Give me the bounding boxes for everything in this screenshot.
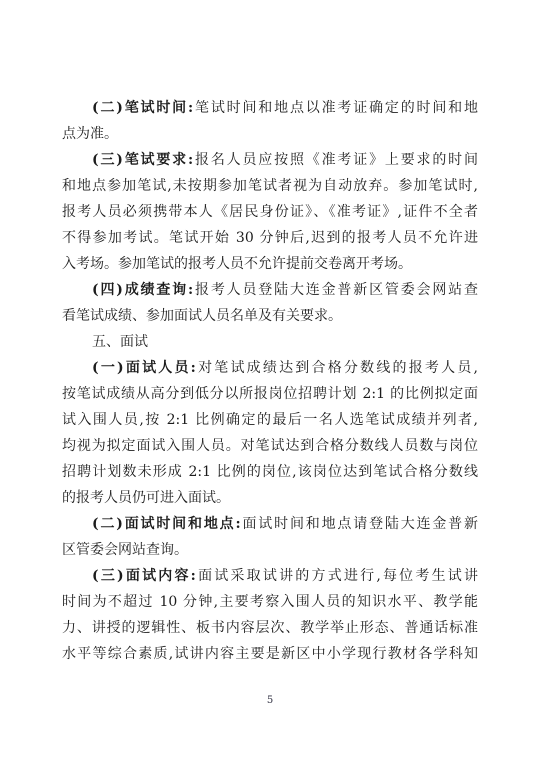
run-in-heading: (二)笔试时间:: [92, 100, 193, 116]
line-text: 五、面试: [92, 334, 148, 350]
run-in-heading: (三)笔试要求:: [92, 152, 193, 168]
text-line: 报考人员必须携带本人《居民身份证》、《准考证》,证件不全者: [62, 199, 478, 225]
text-line: 区管委会网站查询。: [62, 537, 478, 563]
line-text: 对笔试成绩达到合格分数线的报考人员,: [196, 360, 478, 376]
run-in-heading: (二)面试时间和地点:: [92, 516, 241, 532]
line-text: 按笔试成绩从高分到低分以所报岗位招聘计划 2:1 的比例拟定面: [62, 386, 478, 402]
line-text: 点为准。: [62, 126, 118, 142]
text-line: (一)面试人员:对笔试成绩达到合格分数线的报考人员,: [62, 355, 478, 381]
line-text: 力、讲授的逻辑性、板书内容层次、教学举止形态、普通话标准: [62, 620, 478, 636]
line-text: 和地点参加笔试,未按期参加笔试者视为自动放弃。参加笔试时,: [62, 178, 478, 194]
line-text: 区管委会网站查询。: [62, 542, 188, 558]
text-line: 不得参加考试。笔试开始 30 分钟后,迟到的报考人员不允许进: [62, 225, 478, 251]
line-text: 面试时间和地点请登陆大连金普新: [241, 516, 478, 532]
text-line: 和地点参加笔试,未按期参加笔试者视为自动放弃。参加笔试时,: [62, 173, 478, 199]
line-text: 试入围人员,按 2:1 比例确定的最后一名人选笔试成绩并列者,: [62, 412, 478, 428]
text-line: (三)笔试要求:报名人员应按照《准考证》上要求的时间: [62, 147, 478, 173]
line-text: 入考场。参加笔试的报考人员不允许提前交卷离开考场。: [62, 256, 412, 272]
line-text: 笔试时间和地点以准考证确定的时间和地: [193, 100, 478, 116]
text-line: 的报考人员仍可进入面试。: [62, 485, 478, 511]
line-text: 报名人员应按照《准考证》上要求的时间: [193, 152, 478, 168]
text-line: 时间为不超过 10 分钟,主要考察入围人员的知识水平、教学能: [62, 589, 478, 615]
line-text: 水平等综合素质,试讲内容主要是新区中小学现行教材各学科知: [62, 646, 478, 662]
line-text: 招聘计划数未形成 2:1 比例的岗位,该岗位达到笔试合格分数线: [62, 464, 478, 480]
text-line: (二)笔试时间:笔试时间和地点以准考证确定的时间和地: [62, 95, 478, 121]
section-heading: 五、面试: [62, 329, 478, 355]
text-line: (四)成绩查询:报考人员登陆大连金普新区管委会网站查: [62, 277, 478, 303]
line-text: 看笔试成绩、参加面试人员名单及有关要求。: [62, 308, 342, 324]
text-line: 力、讲授的逻辑性、板书内容层次、教学举止形态、普通话标准: [62, 615, 478, 641]
document-page: (二)笔试时间:笔试时间和地点以准考证确定的时间和地 点为准。 (三)笔试要求:…: [0, 0, 540, 767]
text-line: 均视为拟定面试入围人员。对笔试达到合格分数线人员数与岗位: [62, 433, 478, 459]
text-line: 招聘计划数未形成 2:1 比例的岗位,该岗位达到笔试合格分数线: [62, 459, 478, 485]
text-line: 按笔试成绩从高分到低分以所报岗位招聘计划 2:1 的比例拟定面: [62, 381, 478, 407]
text-line: 看笔试成绩、参加面试人员名单及有关要求。: [62, 303, 478, 329]
run-in-heading: (三)面试内容:: [92, 568, 196, 584]
page-number: 5: [0, 694, 540, 708]
run-in-heading: (四)成绩查询:: [92, 282, 193, 298]
text-line: (二)面试时间和地点:面试时间和地点请登陆大连金普新: [62, 511, 478, 537]
text-line: 试入围人员,按 2:1 比例确定的最后一名人选笔试成绩并列者,: [62, 407, 478, 433]
document-body: (二)笔试时间:笔试时间和地点以准考证确定的时间和地 点为准。 (三)笔试要求:…: [62, 95, 478, 667]
line-text: 报考人员登陆大连金普新区管委会网站查: [193, 282, 478, 298]
line-text: 不得参加考试。笔试开始 30 分钟后,迟到的报考人员不允许进: [62, 230, 478, 246]
line-text: 面试采取试讲的方式进行,每位考生试讲: [196, 568, 478, 584]
line-text: 时间为不超过 10 分钟,主要考察入围人员的知识水平、教学能: [62, 594, 478, 610]
line-text: 的报考人员仍可进入面试。: [62, 490, 230, 506]
run-in-heading: (一)面试人员:: [92, 360, 196, 376]
line-text: 报考人员必须携带本人《居民身份证》、《准考证》,证件不全者: [62, 204, 478, 220]
text-line: (三)面试内容:面试采取试讲的方式进行,每位考生试讲: [62, 563, 478, 589]
text-line: 水平等综合素质,试讲内容主要是新区中小学现行教材各学科知: [62, 641, 478, 667]
line-text: 均视为拟定面试入围人员。对笔试达到合格分数线人员数与岗位: [62, 438, 478, 454]
text-line: 点为准。: [62, 121, 478, 147]
text-line: 入考场。参加笔试的报考人员不允许提前交卷离开考场。: [62, 251, 478, 277]
